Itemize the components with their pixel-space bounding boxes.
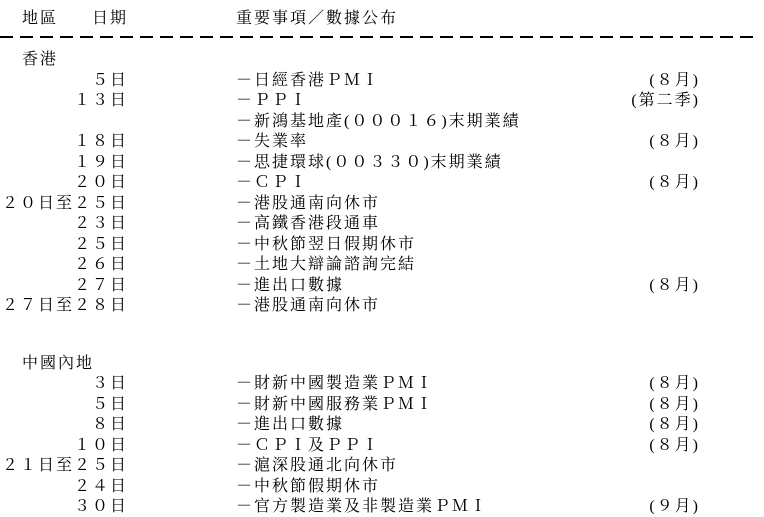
date-cell: ２０日至２５日 (0, 194, 128, 215)
table-row: １８日 －失業率 (８月) (0, 132, 764, 153)
table-row: １９日 －思捷環球(００３３０)末期業績 (0, 153, 764, 174)
date-cell: ２４日 (0, 477, 128, 498)
table-row: －新鴻基地產(０００１６)末期業績 (0, 112, 764, 133)
period-cell: (８月) (649, 276, 700, 297)
period-cell: (８月) (649, 71, 700, 92)
section-title: 中國內地 (0, 354, 764, 375)
period-cell: (８月) (649, 415, 700, 436)
header-event: 重要事項／數據公布 (236, 9, 398, 30)
event-cell: －思捷環球(００３３０)末期業績 (236, 153, 503, 174)
period-cell: (８月) (649, 132, 700, 153)
period-cell: (９月) (649, 497, 700, 517)
period-cell: (８月) (649, 374, 700, 395)
section-mainland-china: 中國內地 ３日 －財新中國製造業ＰＭＩ (８月) ５日 －財新中國服務業ＰＭＩ … (0, 354, 764, 517)
header-date: 日期 (92, 9, 128, 30)
event-cell: －滬深股通北向休市 (236, 456, 398, 477)
event-cell: －日經香港ＰＭＩ (236, 71, 380, 92)
table-row: ５日 －日經香港ＰＭＩ (８月) (0, 71, 764, 92)
date-cell: ２１日至２５日 (0, 456, 128, 477)
period-cell: (８月) (649, 173, 700, 194)
period-cell: (８月) (649, 436, 700, 457)
table-row: ２０日 －ＣＰＩ (８月) (0, 173, 764, 194)
date-cell: ３日 (0, 374, 128, 395)
event-cell: －進出口數據 (236, 415, 344, 436)
table-row: ２７日 －進出口數據 (８月) (0, 276, 764, 297)
event-cell: －ＣＰＩ及ＰＰＩ (236, 436, 380, 457)
date-cell: ２３日 (0, 214, 128, 235)
table-row: ５日 －財新中國服務業ＰＭＩ (８月) (0, 395, 764, 416)
date-cell: １９日 (0, 153, 128, 174)
event-cell: －官方製造業及非製造業ＰＭＩ (236, 497, 488, 517)
date-cell: ２６日 (0, 255, 128, 276)
event-cell: －ＰＰＩ (236, 91, 308, 112)
table-row: ２４日 －中秋節假期休市 (0, 477, 764, 498)
dashed-divider (0, 36, 756, 38)
event-cell: －ＣＰＩ (236, 173, 308, 194)
table-row: ２１日至２５日 －滬深股通北向休市 (0, 456, 764, 477)
event-cell: －土地大辯論諮詢完結 (236, 255, 416, 276)
section-title: 香港 (0, 50, 764, 71)
table-row: ２３日 －高鐵香港段通車 (0, 214, 764, 235)
table-row: ３０日 －官方製造業及非製造業ＰＭＩ (９月) (0, 497, 764, 517)
date-cell: ２７日 (0, 276, 128, 297)
date-cell: ２７日至２８日 (0, 296, 128, 317)
date-cell: ５日 (0, 395, 128, 416)
header-region: 地區 (22, 9, 58, 30)
table-row: １３日 －ＰＰＩ (第二季) (0, 91, 764, 112)
date-cell: ２５日 (0, 235, 128, 256)
date-cell: ８日 (0, 415, 128, 436)
date-cell: ５日 (0, 71, 128, 92)
table-row: ８日 －進出口數據 (８月) (0, 415, 764, 436)
table-row: ２７日至２８日 －港股通南向休市 (0, 296, 764, 317)
date-cell: ３０日 (0, 497, 128, 517)
table-row: １０日 －ＣＰＩ及ＰＰＩ (８月) (0, 436, 764, 457)
table-header: 地區 日期 重要事項／數據公布 (0, 9, 764, 29)
event-cell: －失業率 (236, 132, 308, 153)
table-row: ２０日至２５日 －港股通南向休市 (0, 194, 764, 215)
economic-calendar-document: 地區 日期 重要事項／數據公布 香港 ５日 －日經香港ＰＭＩ (８月) １３日 … (0, 0, 764, 517)
event-cell: －財新中國服務業ＰＭＩ (236, 395, 434, 416)
table-row: ３日 －財新中國製造業ＰＭＩ (８月) (0, 374, 764, 395)
table-row: ２６日 －土地大辯論諮詢完結 (0, 255, 764, 276)
period-cell: (８月) (649, 395, 700, 416)
event-cell: －新鴻基地產(０００１６)末期業績 (236, 112, 521, 133)
event-cell: －財新中國製造業ＰＭＩ (236, 374, 434, 395)
event-cell: －高鐵香港段通車 (236, 214, 380, 235)
date-cell: １３日 (0, 91, 128, 112)
event-cell: －中秋節假期休市 (236, 477, 380, 498)
date-cell: １０日 (0, 436, 128, 457)
section-hong-kong: 香港 ５日 －日經香港ＰＭＩ (８月) １３日 －ＰＰＩ (第二季) －新鴻基地… (0, 50, 764, 317)
event-cell: －進出口數據 (236, 276, 344, 297)
event-cell: －中秋節翌日假期休市 (236, 235, 416, 256)
event-cell: －港股通南向休市 (236, 194, 380, 215)
date-cell: ２０日 (0, 173, 128, 194)
table-row: ２５日 －中秋節翌日假期休市 (0, 235, 764, 256)
period-cell: (第二季) (631, 91, 700, 112)
event-cell: －港股通南向休市 (236, 296, 380, 317)
date-cell: １８日 (0, 132, 128, 153)
